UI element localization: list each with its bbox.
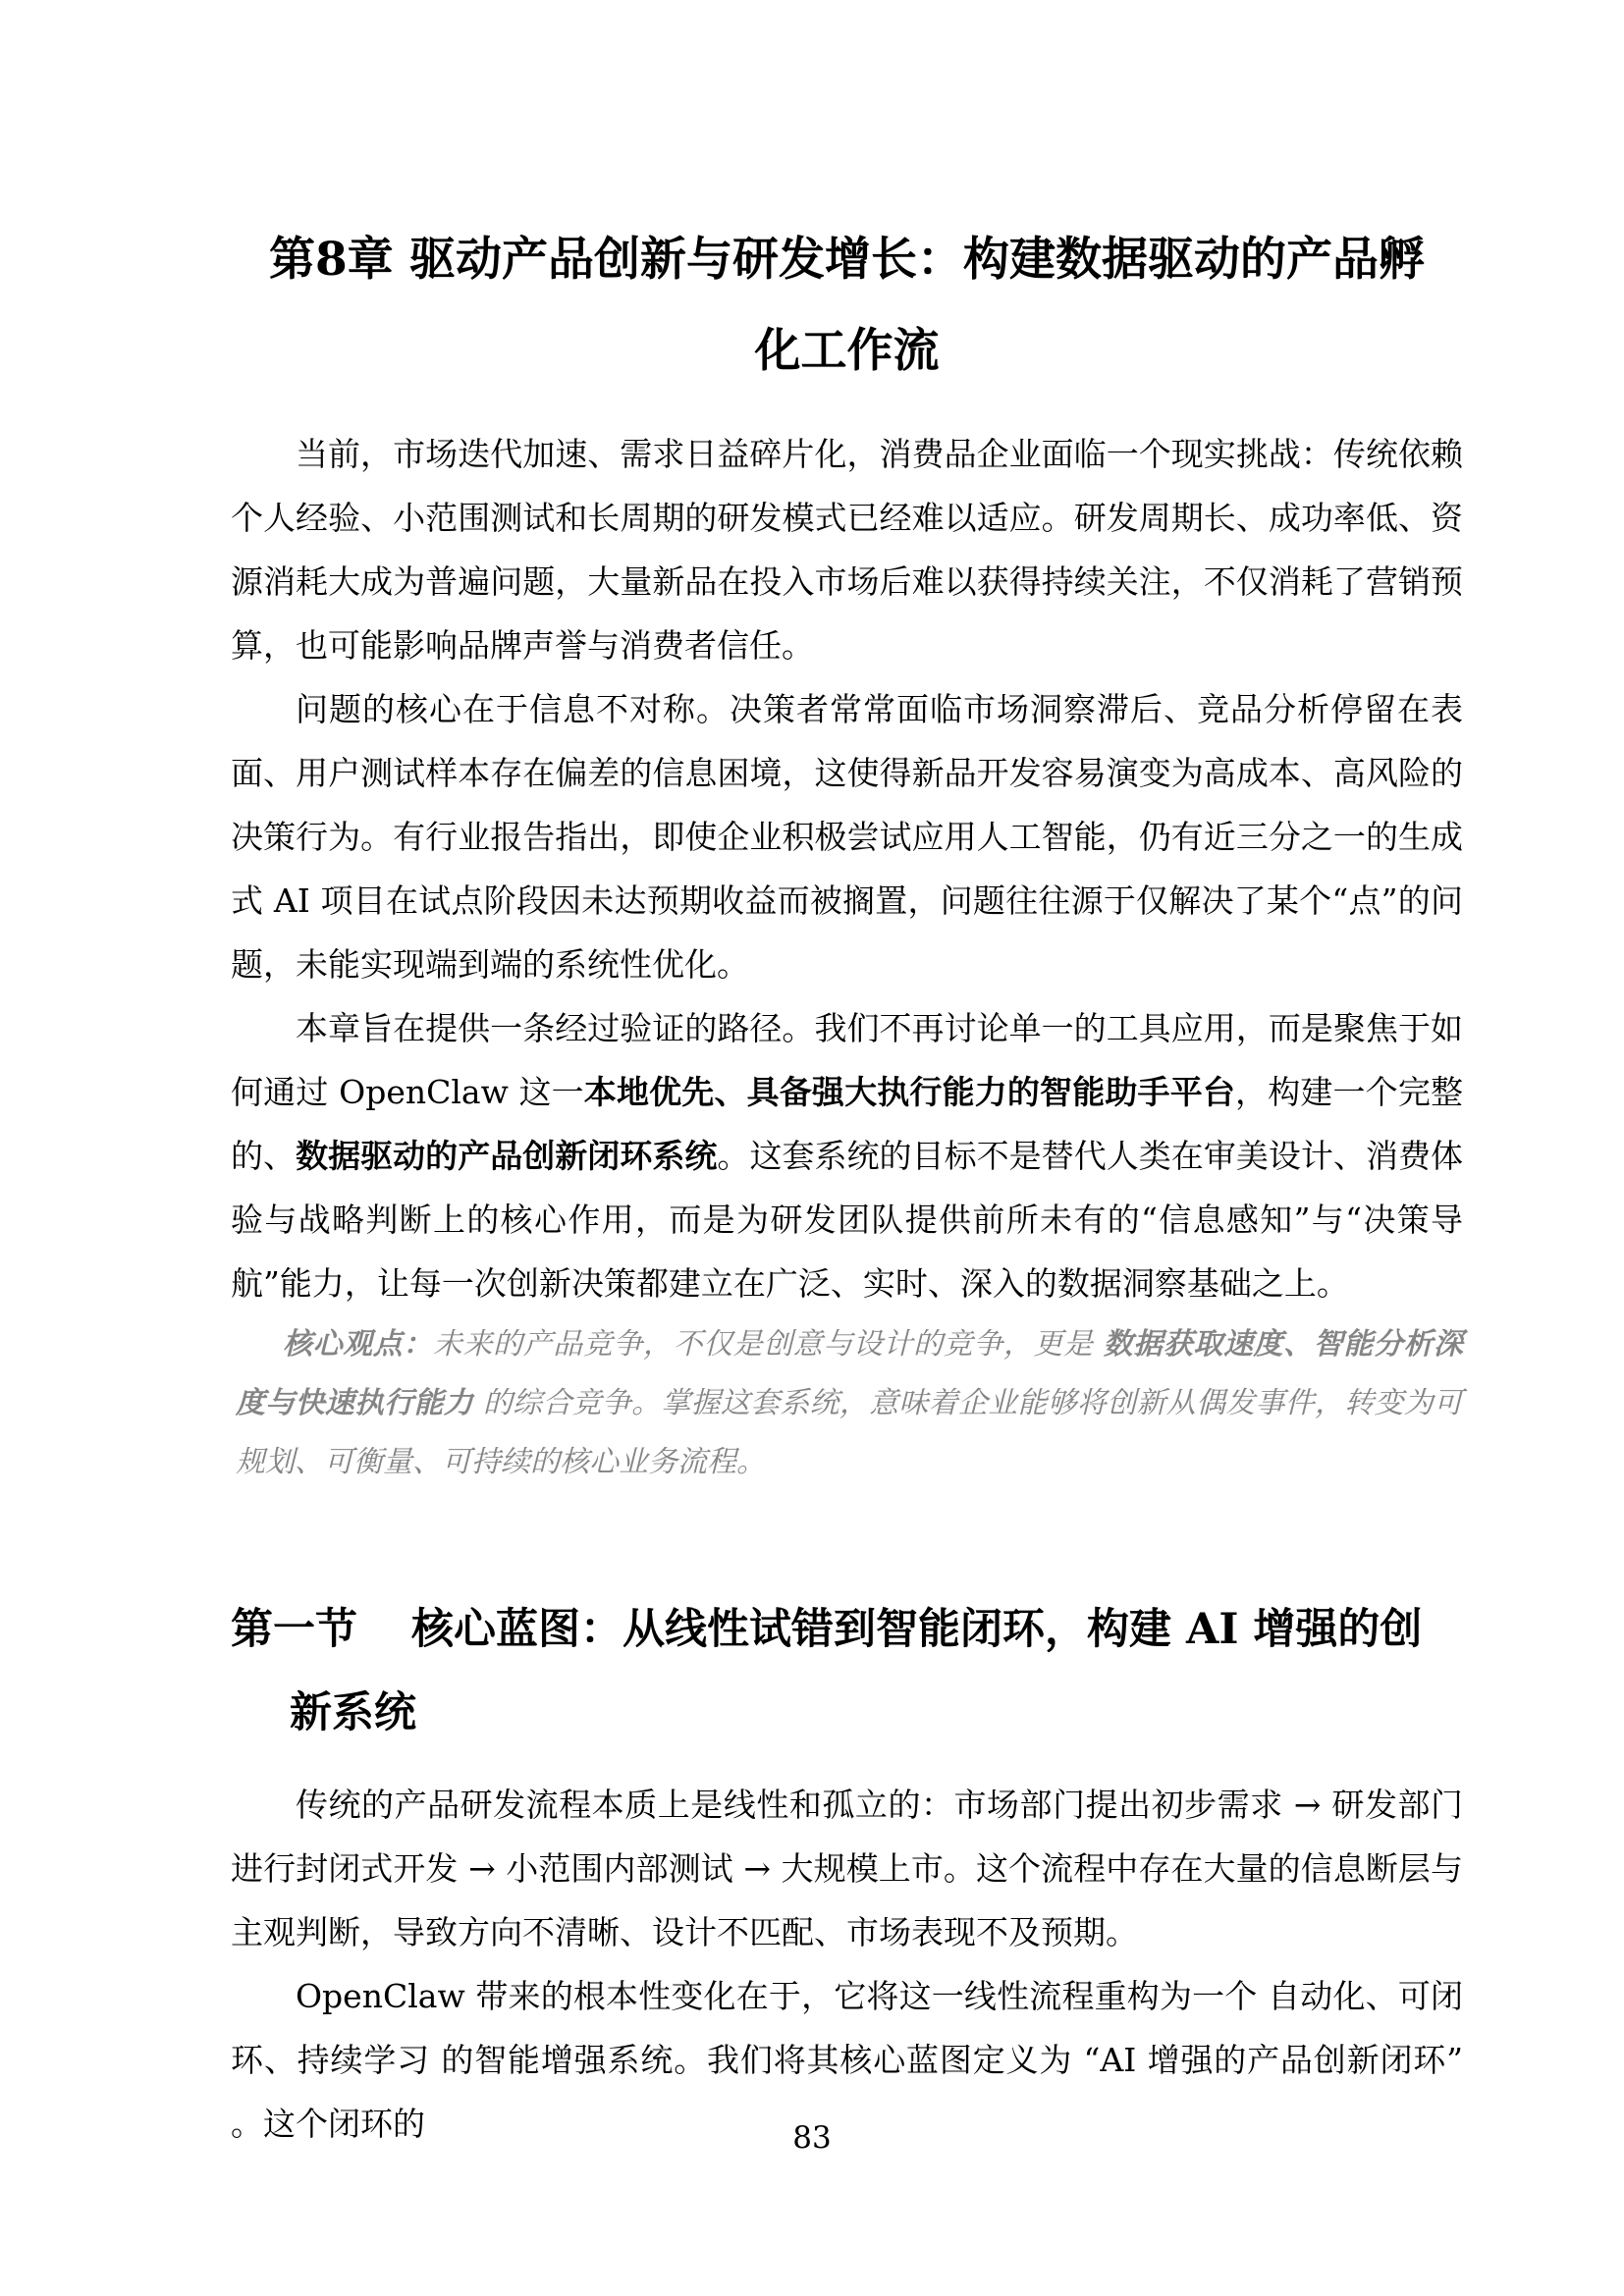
paragraph-information-asymmetry: 问题的核心在于信息不对称。决策者常常面临市场洞察滞后、竞品分析停留在表面、用户测… (231, 677, 1463, 996)
document-page: 第8章 驱动产品创新与研发增长：构建数据驱动的产品孵 化工作流 当前，市场迭代加… (0, 0, 1624, 2296)
chapter-title-line-2: 化工作流 (231, 305, 1463, 397)
paragraph-traditional-process: 传统的产品研发流程本质上是线性和孤立的：市场部门提出初步需求 → 研发部门进行封… (231, 1773, 1463, 1964)
chapter-title-line-1: 第8章 驱动产品创新与研发增长：构建数据驱动的产品孵 (231, 214, 1463, 305)
section-title: 核心蓝图：从线性试错到智能闭环，构建 AI 增强的创新系统 (290, 1605, 1422, 1737)
page-number: 83 (0, 2118, 1624, 2158)
bold-emphasis-platform: 本地优先、具备强大执行能力的智能助手平台 (584, 1073, 1235, 1111)
bold-emphasis-closed-loop-system: 数据驱动的产品创新闭环系统 (296, 1137, 717, 1175)
chapter-title: 第8章 驱动产品创新与研发增长：构建数据驱动的产品孵 化工作流 (231, 214, 1463, 397)
callout-label: 核心观点： (283, 1327, 433, 1362)
paragraph-current-challenge: 当前，市场迭代加速、需求日益碎片化，消费品企业面临一个现实挑战：传统依赖个人经验… (231, 422, 1463, 677)
core-viewpoint-callout: 核心观点：未来的产品竞争，不仅是创意与设计的竞争，更是 数据获取速度、智能分析深… (236, 1315, 1463, 1492)
section-heading: 第一节核心蓝图：从线性试错到智能闭环，构建 AI 增强的创新系统 (231, 1588, 1463, 1755)
section-number: 第一节 (231, 1605, 357, 1654)
callout-text-run: 未来的产品竞争，不仅是创意与设计的竞争，更是 (433, 1327, 1104, 1362)
paragraph-chapter-approach: 本章旨在提供一条经过验证的路径。我们不再讨论单一的工具应用，而是聚焦于如何通过 … (231, 996, 1463, 1315)
